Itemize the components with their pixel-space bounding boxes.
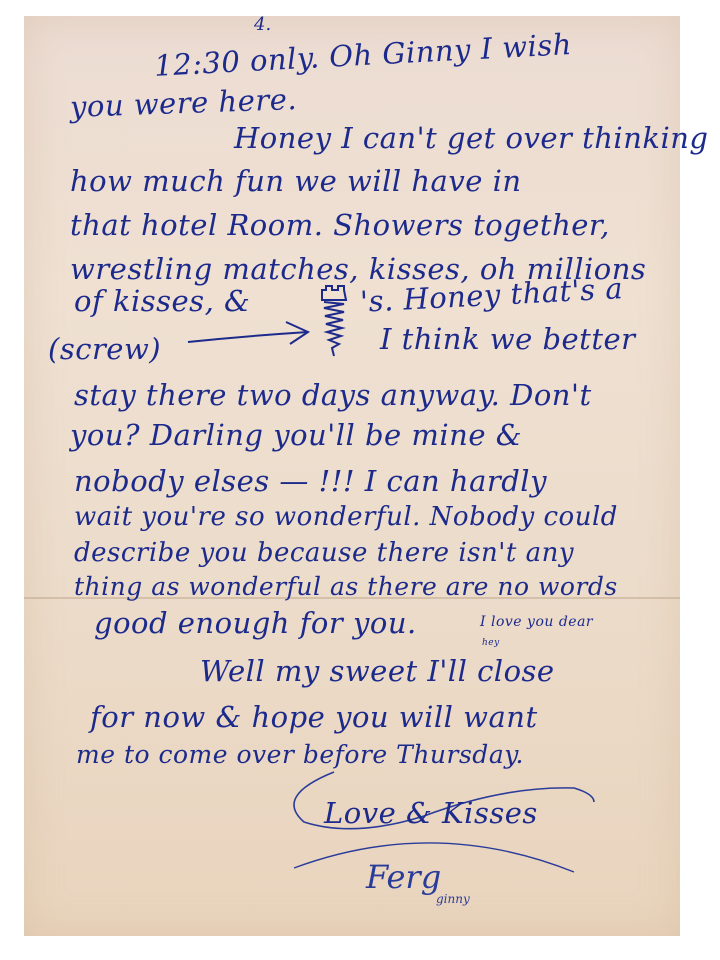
letter-line-15: describe you because there isn't any [74,538,574,568]
letter-line-3: Honey I can't get over thinking [234,121,708,155]
letter-line-19: for now & hope you will want [90,700,538,734]
letter-line-14: wait you're so wonderful. Nobody could [74,502,618,532]
page-number: 4. [254,14,271,35]
letter-line-2: you were here. [69,82,297,124]
letter-line-13: nobody elses — !!! I can hardly [74,464,547,498]
letter-line-12: you? Darling you'll be mine & [70,418,522,452]
signature-sub: ginny [436,892,470,906]
screw-drawing-icon [314,286,354,356]
letter-line-4: how much fun we will have in [70,164,522,198]
signature: Ferg [366,858,441,896]
letter-line-10: I think we better [380,322,636,356]
letter-page: 4. 12:30 only. Oh Ginny I wish you were … [24,16,680,936]
arrow-icon [186,318,316,348]
letter-line-9: (screw) [48,332,161,366]
letter-line-16: thing as wonderful as there are no words [74,572,618,601]
letter-line-1: 12:30 only. Oh Ginny I wish [153,27,572,83]
letter-line-11: stay there two days anyway. Don't [74,378,592,412]
underline-note: hey [482,638,500,648]
letter-line-7: of kisses, & [74,284,250,318]
letter-line-5: that hotel Room. Showers together, [70,208,610,242]
closing-love-and-kisses: Love & Kisses [324,796,538,830]
postscript-i-love-you: I love you dear [480,614,593,630]
letter-line-18: Well my sweet I'll close [200,654,555,688]
letter-line-17: good enough for you. [94,606,417,640]
